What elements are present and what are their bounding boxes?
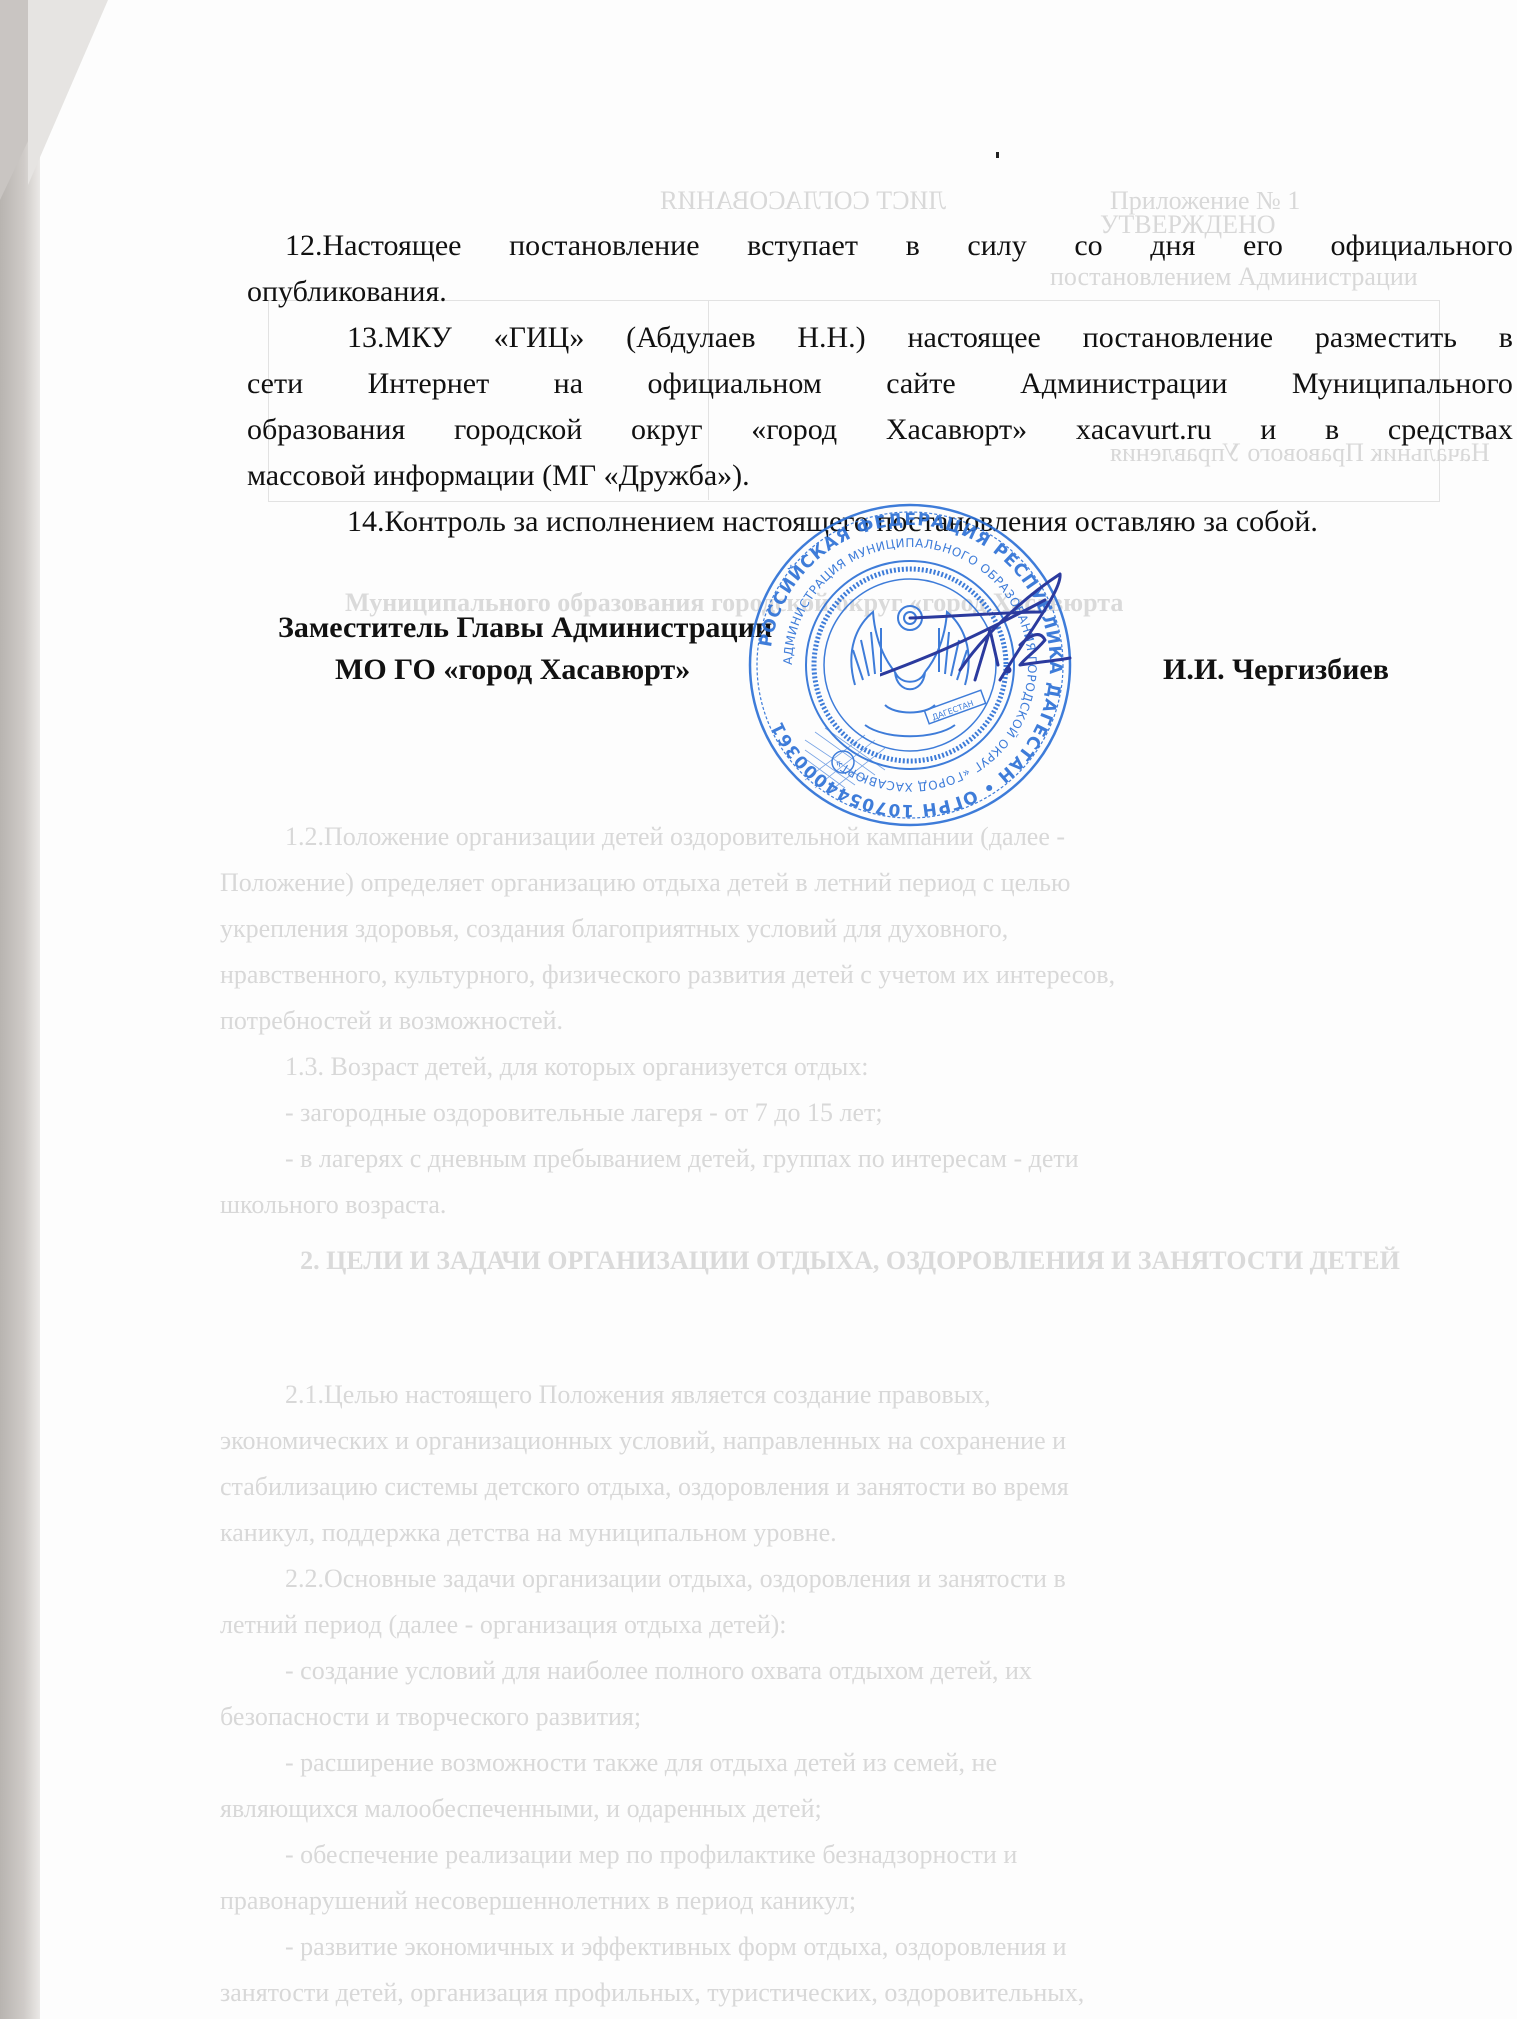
bleed-body-line: нравственного, культурного, физического … xyxy=(220,960,1115,990)
bleed-mirrored-header: ЛИСТ СОГЛАСОВАНИЯ xyxy=(660,186,946,216)
word: постановление xyxy=(1083,320,1273,356)
word: в xyxy=(1325,412,1339,448)
bleed-section-heading: 2. ЦЕЛИ И ЗАДАЧИ ОРГАНИЗАЦИИ ОТДЫХА, ОЗД… xyxy=(265,1238,1435,1284)
word: сайте xyxy=(886,366,955,402)
svg-text:ДАГЕСТАН: ДАГЕСТАН xyxy=(931,699,975,722)
bleed-body-line: экономических и организационных условий,… xyxy=(220,1426,1066,1456)
bleed-body-line: безопасности и творческого развития; xyxy=(220,1702,641,1732)
word: Хасавюрт» xyxy=(886,412,1027,448)
page-corner-fold xyxy=(28,0,108,185)
scan-speck xyxy=(996,152,999,158)
paragraph-13-line-3: образованиягородскойокруг«городХасавюрт»… xyxy=(247,412,1513,448)
word: сети xyxy=(247,366,303,402)
word: со xyxy=(1074,228,1102,264)
word: Администрации xyxy=(1020,366,1227,402)
word: Муниципального xyxy=(1292,366,1513,402)
signer-name: И.И. Чергизбиев xyxy=(1163,652,1389,688)
bleed-body-line: летний период (далее - организация отдых… xyxy=(220,1610,787,1640)
bleed-body-line: каникул, поддержка детства на муниципаль… xyxy=(220,1518,837,1548)
word: силу xyxy=(967,228,1026,264)
bleed-body-line: - обеспечение реализации мер по профилак… xyxy=(285,1840,1017,1870)
bleed-through-layer: Приложение № 1 УТВЕРЖДЕНО постановлением… xyxy=(0,0,1517,2019)
word: округ xyxy=(631,412,702,448)
bleed-body-line: - развитие экономичных и эффективных фор… xyxy=(285,1932,1067,1962)
bleed-body-line: - в лагерях с дневным пребыванием детей,… xyxy=(285,1144,1079,1174)
word: «город xyxy=(751,412,837,448)
bleed-body-line: стабилизацию системы детского отдыха, оз… xyxy=(220,1472,1069,1502)
bleed-body-line: 1.3. Возраст детей, для которых организу… xyxy=(285,1052,869,1082)
word: 12.Настоящее xyxy=(285,228,461,264)
word: образования xyxy=(247,412,405,448)
word: в xyxy=(1499,320,1513,356)
bleed-body-line: потребностей и возможностей. xyxy=(220,1006,563,1036)
bleed-body-line: занятости детей, организация профильных,… xyxy=(220,1978,1084,2008)
bleed-body-line: Положение) определяет организацию отдыха… xyxy=(220,868,1070,898)
word: настоящее xyxy=(907,320,1040,356)
bleed-body-line: укрепления здоровья, создания благоприят… xyxy=(220,914,1008,944)
bleed-body-line: являющихся малообеспеченными, и одаренны… xyxy=(220,1794,822,1824)
word: официального xyxy=(1330,228,1512,264)
word: вступает xyxy=(747,228,858,264)
word: его xyxy=(1243,228,1283,264)
word: разместить xyxy=(1315,320,1457,356)
scanner-edge-shadow xyxy=(0,0,40,2019)
bleed-approved-by: постановлением Администрации xyxy=(1050,262,1418,292)
scanned-page: Приложение № 1 УТВЕРЖДЕНО постановлением… xyxy=(0,0,1517,2019)
bleed-appendix-label: Приложение № 1 xyxy=(1110,186,1300,216)
signer-title-line-2: МО ГО «город Хасавюрт» xyxy=(335,652,690,688)
word: на xyxy=(554,366,583,402)
word: средствах xyxy=(1388,412,1513,448)
bleed-body-line: правонарушений несовершеннолетних в пери… xyxy=(220,1886,856,1916)
word: дня xyxy=(1150,228,1195,264)
word: «ГИЦ» xyxy=(494,320,585,356)
bleed-body-line: - загородные оздоровительные лагеря - от… xyxy=(285,1098,883,1128)
word: Интернет xyxy=(368,366,490,402)
signer-title-line-1: Заместитель Главы Администрации xyxy=(278,610,772,646)
word: городской xyxy=(454,412,582,448)
word: xacavurt.ru xyxy=(1076,412,1212,448)
word: в xyxy=(906,228,920,264)
word: (Абдулаев xyxy=(626,320,755,356)
handwritten-signature-icon xyxy=(880,570,1080,690)
paragraph-13-line-4: массовой информации (МГ «Дружба»). xyxy=(247,458,750,494)
paragraph-13-line-1: 13.МКУ«ГИЦ»(АбдулаевН.Н.)настоящеепостан… xyxy=(347,320,1513,356)
paragraph-13-line-2: сетиИнтернетнаофициальномсайтеАдминистра… xyxy=(247,366,1513,402)
paragraph-12-line-1: 12.Настоящеепостановлениевступаетвсилусо… xyxy=(285,228,1513,264)
paragraph-12-line-2: опубликования. xyxy=(247,274,447,310)
word: постановление xyxy=(509,228,699,264)
bleed-body-line: 2.1.Целью настоящего Положения является … xyxy=(285,1380,991,1410)
word: официальном xyxy=(647,366,821,402)
word: 13.МКУ xyxy=(347,320,452,356)
word: Н.Н.) xyxy=(797,320,865,356)
bleed-body-line: - расширение возможности также для отдых… xyxy=(285,1748,997,1778)
word: и xyxy=(1260,412,1276,448)
bleed-body-line: 2.2.Основные задачи организации отдыха, … xyxy=(285,1564,1066,1594)
bleed-body-line: школьного возраста. xyxy=(220,1190,446,1220)
bleed-body-line: - создание условий для наиболее полного … xyxy=(285,1656,1032,1686)
